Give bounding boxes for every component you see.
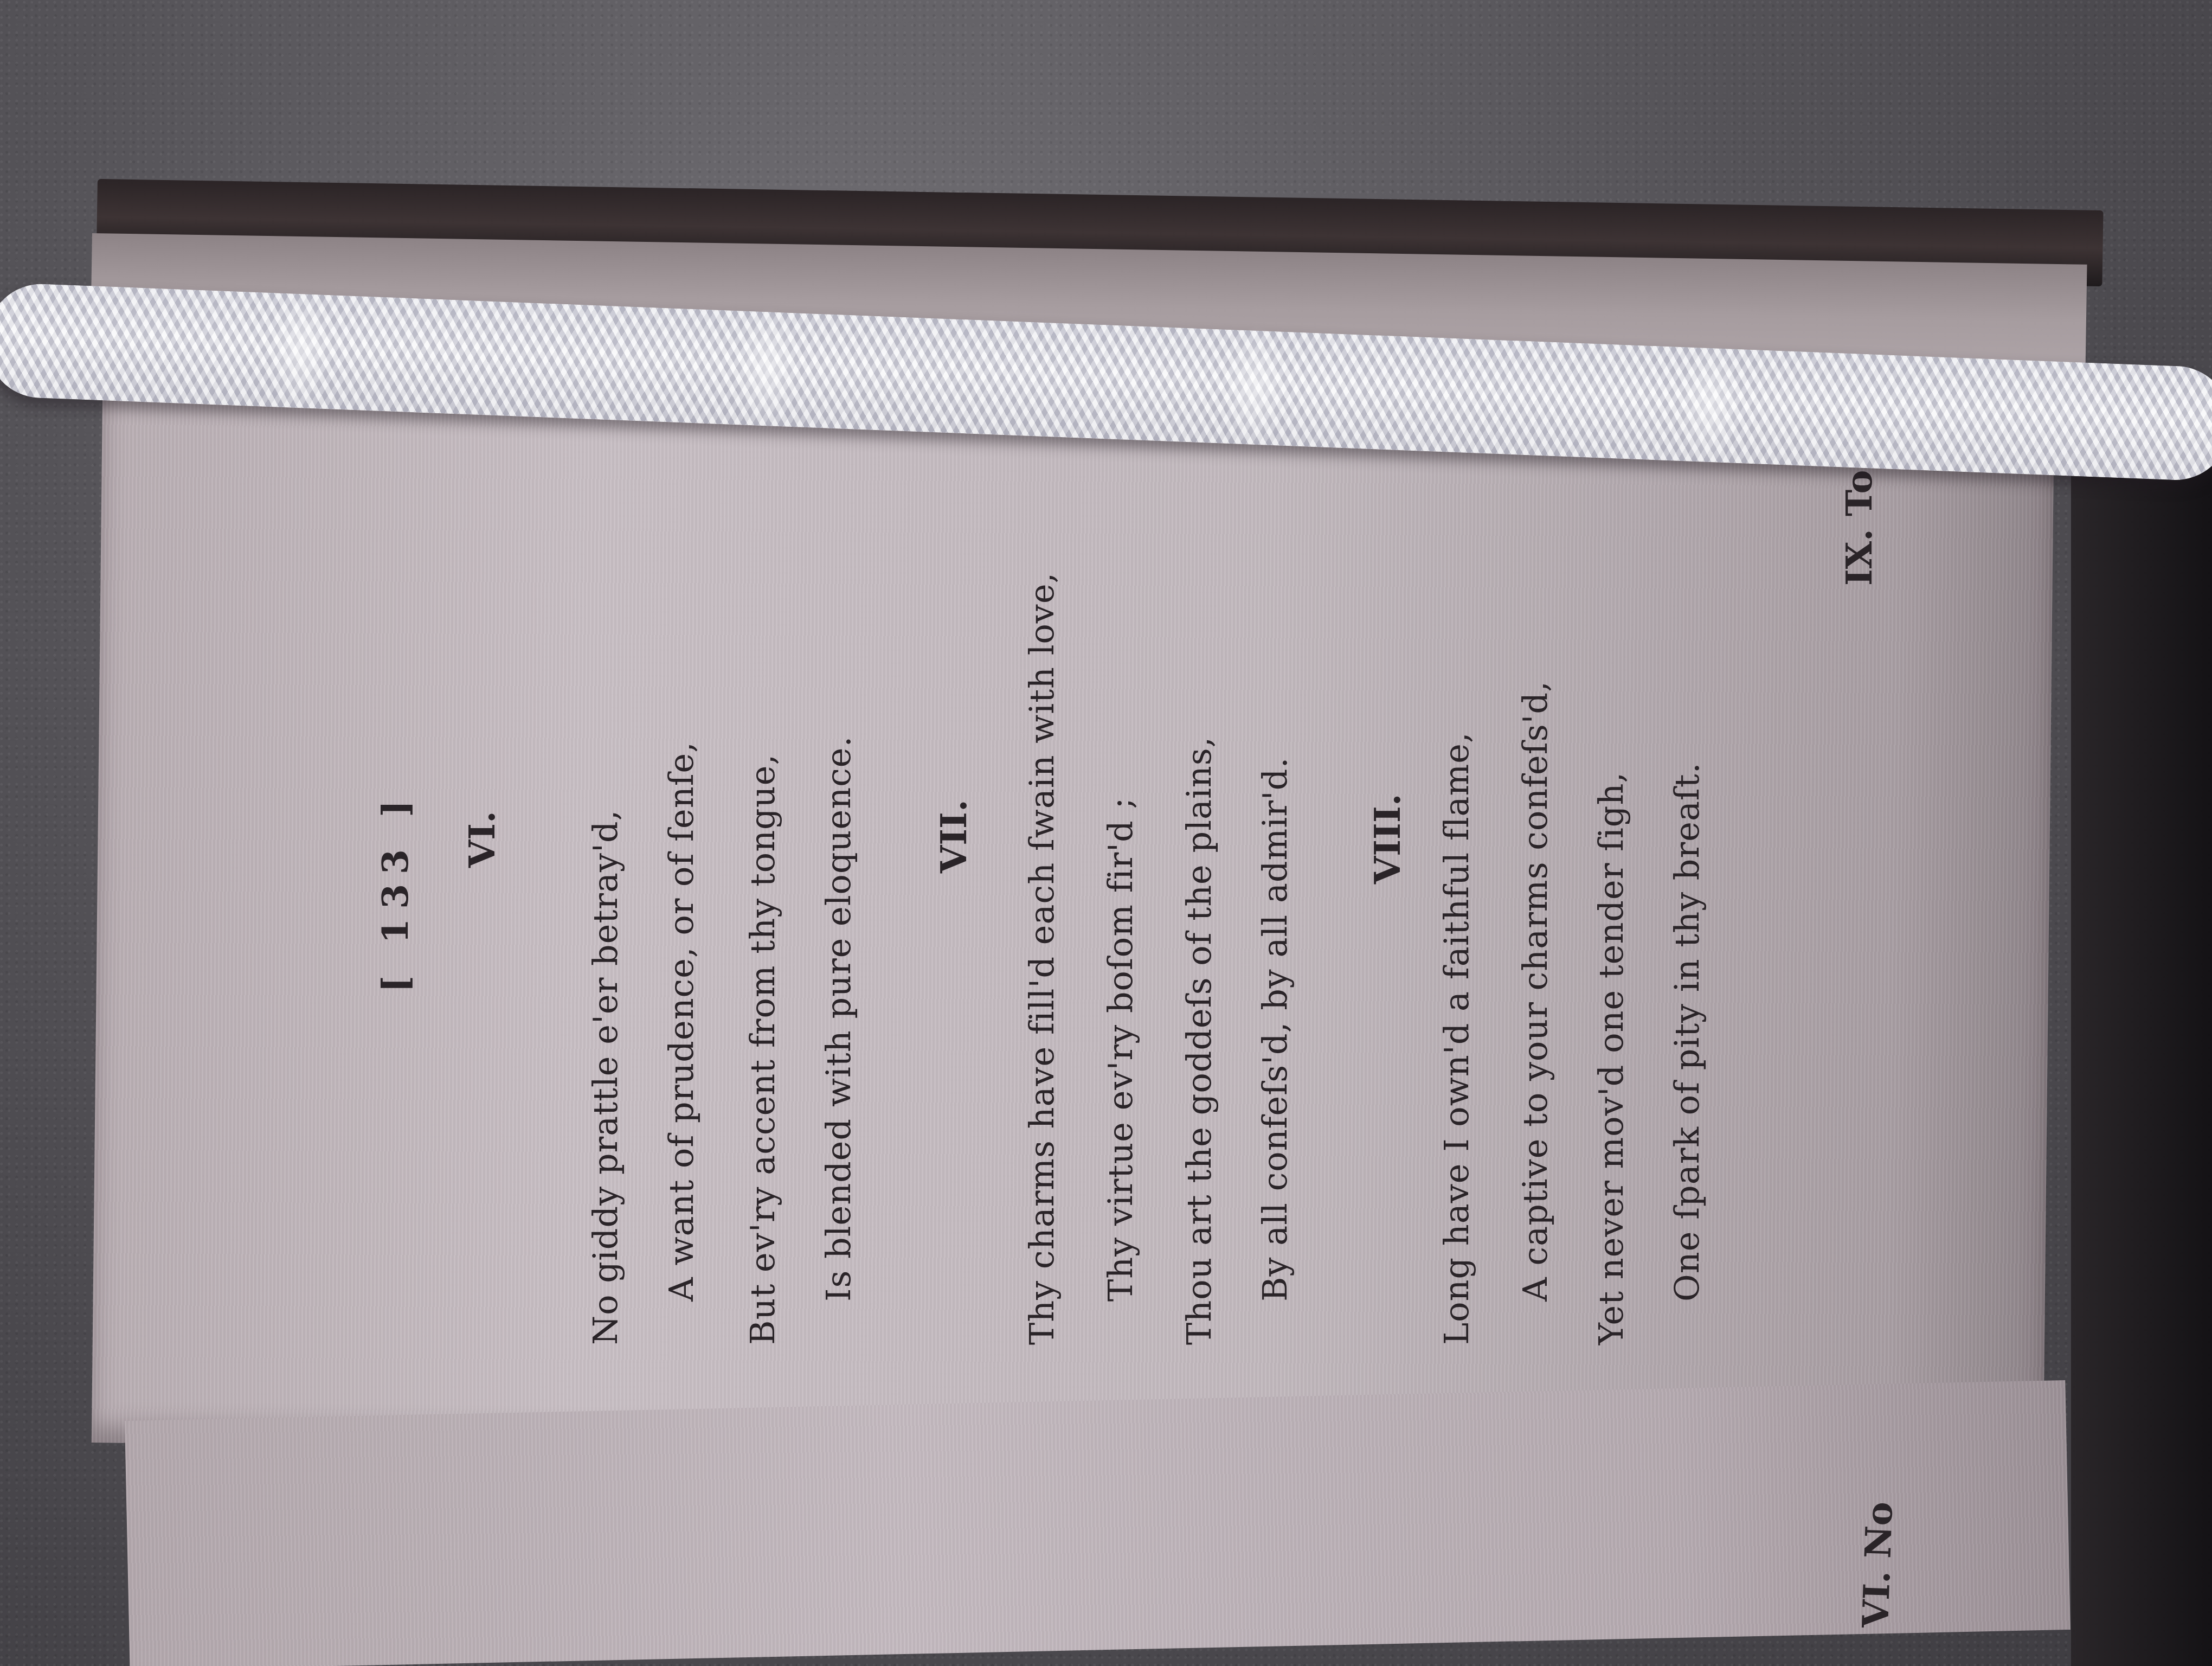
verse-line: No giddy prattle e'er betray'd, <box>586 810 625 1345</box>
stanza-numeral: VIII. <box>1366 793 1409 884</box>
rope-bulge <box>1220 324 1290 451</box>
stanza-numeral: VI. <box>461 811 503 868</box>
verse-line: Thy virtue ev'ry boſom fir'd ; <box>1101 797 1140 1302</box>
catchword-right: IX. To <box>1838 470 1880 586</box>
verse-line: One ſpark of pity in thy breaſt. <box>1667 762 1707 1302</box>
verse-line: Yet never mov'd one tender ſigh, <box>1591 772 1631 1345</box>
page-number: [ 133 ] <box>374 791 416 992</box>
stanza-numeral: VII. <box>933 799 975 873</box>
page-text: [ 133 ] VI. No giddy prattle e'er betray… <box>0 0 2212 1666</box>
verse-line: But ev'ry accent from thy tongue, <box>743 754 782 1345</box>
verse-line: By all confeſs'd, by all admir'd. <box>1255 757 1295 1302</box>
rope-bulge <box>1675 342 1745 469</box>
verse-line: Is blended with pure eloquence. <box>819 736 858 1302</box>
verse-line: Long have I own'd a faithful flame, <box>1437 732 1476 1345</box>
verse-line: A captive to your charms confeſs'd, <box>1515 681 1555 1302</box>
catchword-left: VI. No <box>1854 1501 1901 1629</box>
rope-bulge <box>732 305 802 432</box>
verse-line: Thou art the goddeſs of the plains, <box>1179 736 1219 1345</box>
rope-bulge <box>266 287 336 414</box>
verse-line: A want of prudence, or of ſenſe, <box>661 741 701 1302</box>
verse-line: Thy charms have fill'd each ſwain with l… <box>1022 572 1062 1345</box>
